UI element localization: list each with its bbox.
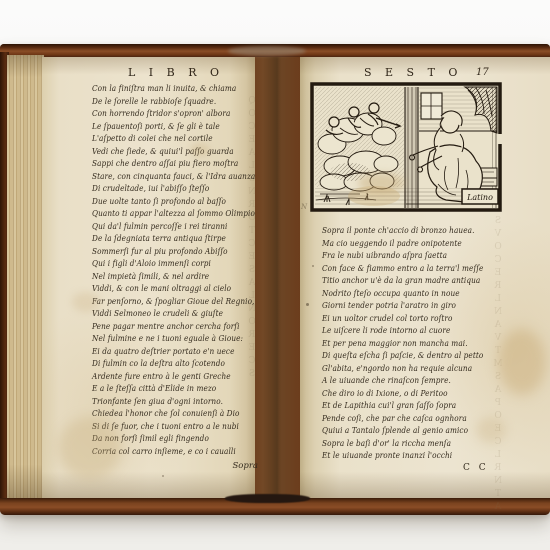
page-block-fore-edge <box>7 55 44 500</box>
verse-line: Qui da'l fulmin percoſſe i rei tiranni <box>92 221 255 234</box>
verse-line: Le uiſcere li rode intorno al cuore <box>322 325 483 338</box>
verse-line: Et per pena maggior non mancha mai. <box>322 338 483 351</box>
verse-line: Et de Lapithia cui'l gran ſaſſo ſopra <box>322 400 483 413</box>
verse-line: Le ſpauentoſi porti, & ſe gli è tale <box>92 121 255 134</box>
ink-fleck <box>312 265 314 267</box>
ink-fleck <box>306 303 309 306</box>
signature-mark: C C <box>463 463 489 473</box>
book-top-edge <box>0 44 550 57</box>
woodcut-illustration: Latino <box>310 82 502 212</box>
verse-line: Fra le nubi uibrando aſpra ſaetta <box>322 250 483 263</box>
verse-column-right: Sopra il ponte ch'accio di bronzo hauea.… <box>322 225 510 463</box>
ink-fleck <box>162 475 164 477</box>
verse-line: Quiui a Tantalo ſplende al genio amico <box>322 425 483 438</box>
verse-line: Nodrito ſteſo occupa quanto in noue <box>322 288 483 301</box>
verse-line: Si di ſe fuor, che i tuoni entro a le nu… <box>92 421 255 434</box>
photo-background: Q O C E A L S N R O T C E S A L N O R E … <box>0 0 550 550</box>
verse-line: Due uolte tanto ſi profondo al baſſo <box>92 196 255 209</box>
verse-line: E a le ſteſſa città d'Elide in mezo <box>92 383 255 396</box>
book-bottom-edge <box>0 498 550 515</box>
woodcut-caption: Latino <box>466 193 493 202</box>
verse-line: De le ſorelle le rabbioſe ſquadre. <box>92 96 255 109</box>
verse-line: Nel impietà ſimili, & nel ardire <box>92 271 255 284</box>
verse-line: Ma cio ueggendo il padre onipotente <box>322 238 483 251</box>
verse-line: Vedi che ſiede, & quiui'l paſſo guarda <box>92 146 255 159</box>
verse-line: Et le uiuande pronte inanzi l'occhi <box>322 450 483 463</box>
verse-line: Sappi che dentro aſſai piu fiero moſtra <box>92 158 255 171</box>
binding-wear-mark <box>228 46 306 56</box>
verse-line: Chiedea l'honor che ſol conuienſi à Dio <box>92 408 255 421</box>
verse-line: Pende coſi, che par che caſca ognhora <box>322 413 483 426</box>
verse-line: Di crudeltade, iui l'abiſſo ſteſſo <box>92 183 255 196</box>
woodcut-gods-in-clouds <box>315 87 404 191</box>
verse-line: Con la finiſtra man li inuita, & chiama <box>92 83 255 96</box>
verse-line: Qui i figli d'Aloio immenſi corpi <box>92 258 255 271</box>
verse-line: Viddi, & con le mani oltraggi al cielo <box>92 283 255 296</box>
verse-line: Giorni tender potria l'aratro in giro <box>322 300 483 313</box>
right-page: S E S T O 17 <box>300 57 550 498</box>
verse-line: Di queſta eſcha ſi paſcie, & dentro al p… <box>322 350 483 363</box>
verse-line: Ei un uoltor crudel col torto roſtro <box>322 313 483 326</box>
verse-line: L'aſpetto di colei che nel cortile <box>92 133 255 146</box>
verse-line: Stare, con cinquanta fauci, & l'Idra aua… <box>92 171 255 184</box>
verse-line: De la ſdegniata terra antiqua ſtirpe <box>92 233 255 246</box>
verse-line: Ardente fure entro à le genti Greche <box>92 371 255 384</box>
verse-line: Sopra le baſi d'or' la riccha menſa <box>322 438 483 451</box>
verse-line: Titio anchor u'è da la gran madre antiqu… <box>322 275 483 288</box>
open-book: Q O C E A L S N R O T C E S A L N O R E … <box>0 44 550 515</box>
verse-column-left: Con la finiſtra man li inuita, & chiamaD… <box>92 83 282 458</box>
verse-line: Corria col carro inſieme, e co i caualli <box>92 446 255 459</box>
running-title-left: L I B R O <box>128 66 224 79</box>
catchword: Sopra <box>182 461 258 471</box>
verse-line: A le uiuande che rinaſcon ſempre. <box>322 375 483 388</box>
page-number: 17 <box>476 67 489 78</box>
verse-line: Nel fulmine e ne i tuoni eguale à Gioue: <box>92 333 255 346</box>
verse-line: Trionfante ſen giua d'ogni intorno. <box>92 396 255 409</box>
binding-wear-notch <box>225 494 310 503</box>
verse-line: Gl'abita, e'ngordo non ha requie alcuna <box>322 363 483 376</box>
verse-line: Pene pagar mentre anchor cercha forſi <box>92 321 255 334</box>
running-title-right: S E S T O <box>364 66 462 79</box>
verse-line: Sopra il ponte ch'accio di bronzo hauea. <box>322 225 483 238</box>
left-page: Q O C E A L S N R O T C E S A L N O R E … <box>42 57 255 498</box>
verse-line: Far penſorno, & ſpogliar Gioue del Regni… <box>92 296 255 309</box>
verse-line: Sommerſi fur al piu profondo Abiſſo <box>92 246 255 259</box>
verse-line: Quanto ti appar l'altezza al ſommo Olimp… <box>92 208 255 221</box>
verse-line: Che diro io di Ixione, o di Peritoo <box>322 388 483 401</box>
verse-line: Con horrendo ſtridor s'opron' albora <box>92 108 255 121</box>
verse-line: Ei da quatro deſtrier portato e'n uece <box>92 346 255 359</box>
quire-margin-mark: N <box>301 203 307 211</box>
verse-line: Da non forſi ſimil egli fingendo <box>92 433 255 446</box>
verse-line: Con face & fiammo entro a la terra'l meſ… <box>322 263 483 276</box>
verse-line: Viddi Selmoneo le crudeli & giuſte <box>92 308 255 321</box>
verse-line: Di fulmin co la deſtra alto ſcotendo <box>92 358 255 371</box>
